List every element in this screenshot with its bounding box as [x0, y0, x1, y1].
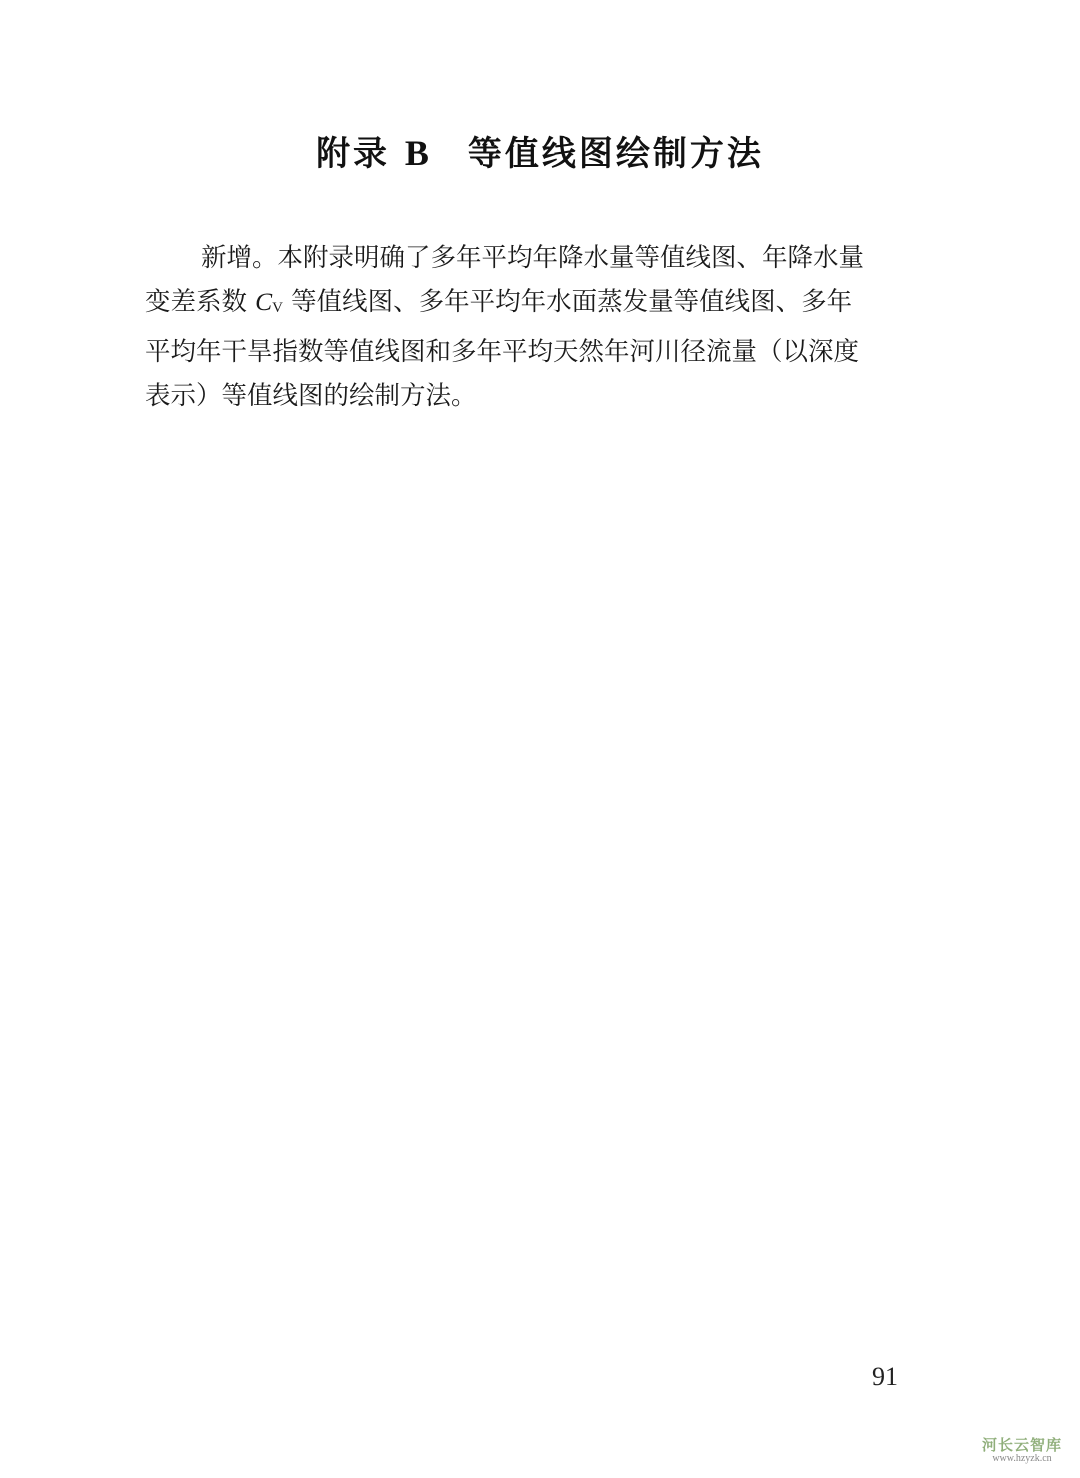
watermark-name: 河长云智库 [972, 1437, 1072, 1453]
appendix-prefix: 附录 [316, 134, 390, 174]
appendix-letter: B [405, 133, 432, 173]
paragraph-line-2: 变差系数 CV 等值线图、多年平均年水面蒸发量等值线图、多年 [145, 280, 945, 330]
paragraph-line-1: 新增。本附录明确了多年平均年降水量等值线图、年降水量 [145, 236, 945, 280]
appendix-title: 等值线图绘制方法 [468, 134, 764, 174]
paragraph-line-4: 表示）等值线图的绘制方法。 [145, 374, 945, 418]
page-number: 91 [872, 1362, 898, 1392]
watermark: 河长云智库 www.hzyzk.cn [972, 1437, 1072, 1465]
watermark-url: www.hzyzk.cn [972, 1453, 1072, 1465]
page-title: 附录 B等值线图绘制方法 [0, 126, 1080, 175]
body-paragraph: 新增。本附录明确了多年平均年降水量等值线图、年降水量 变差系数 CV 等值线图、… [145, 236, 945, 418]
paragraph-line-3: 平均年干旱指数等值线图和多年平均天然年河川径流量（以深度 [145, 330, 945, 374]
cv-symbol: CV [255, 287, 283, 316]
